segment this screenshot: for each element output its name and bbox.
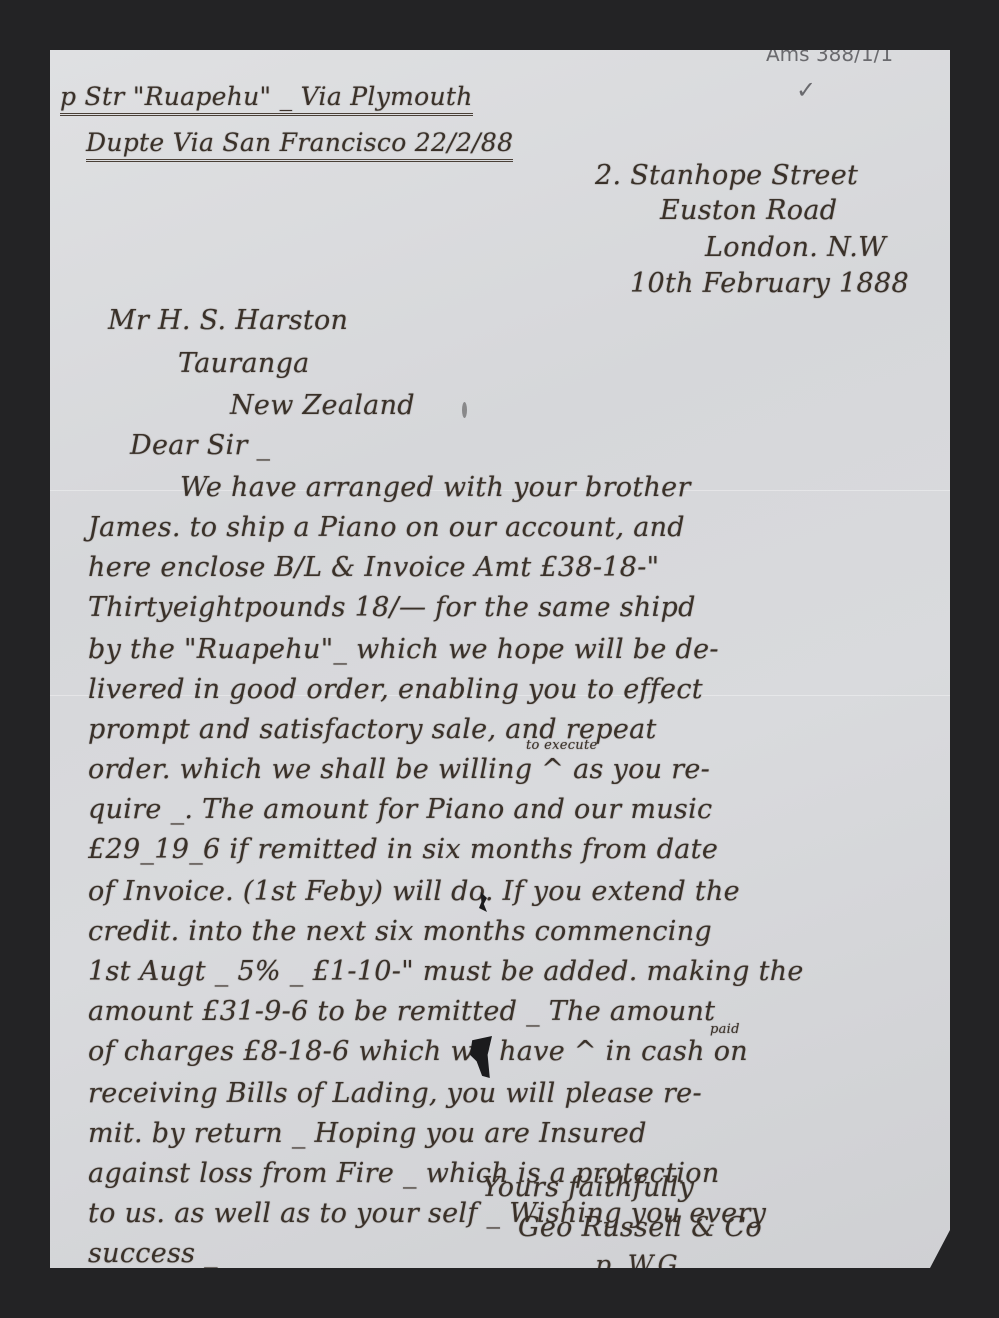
per-initials: p. W.G. — [595, 1250, 685, 1279]
body-line: of Invoice. (1st Feby) will do. If you e… — [88, 876, 740, 907]
body-line: livered in good order, enabling you to e… — [88, 674, 703, 705]
routing-line-2: Dupte Via San Francisco 22/2/88 — [86, 128, 513, 162]
body-line: amount £31-9-6 to be remitted _ The amou… — [88, 996, 715, 1027]
body-line: quire _. The amount for Piano and our mu… — [88, 794, 712, 825]
letter-date: 10th February 1888 — [630, 268, 909, 299]
body-line: mit. by return _ Hoping you are Insured — [88, 1118, 647, 1149]
body-line: success _ — [88, 1238, 218, 1269]
archive-reference: Ams 388/1/1 — [766, 42, 893, 66]
sender-road: Euston Road — [660, 195, 837, 226]
body-line: receiving Bills of Lading, you will plea… — [88, 1078, 702, 1109]
body-line: 1st Augt _ 5% _ £1-10-" must be added. m… — [88, 956, 804, 987]
routing-line-1: p Str "Ruapehu" _ Via Plymouth — [60, 82, 473, 116]
signature: Geo Russell & Co — [518, 1212, 762, 1243]
interlinear-to-execute: to execute — [526, 738, 597, 753]
interlinear-paid: paid — [710, 1022, 740, 1037]
body-line: £29_19_6 if remitted in six months from … — [88, 834, 718, 865]
body-line: James. to ship a Piano on our account, a… — [88, 512, 685, 543]
body-line: by the "Ruapehu"_ which we hope will be … — [88, 634, 719, 665]
sender-city: London. N.W — [705, 232, 886, 263]
salutation: Dear Sir _ — [130, 430, 270, 461]
check-mark-icon: ✓ — [796, 76, 816, 104]
recipient-name: Mr H. S. Harston — [108, 305, 348, 336]
body-line: of charges £8-18-6 which we have ^ in ca… — [88, 1036, 748, 1067]
letter-sheet: Ams 388/1/1 ✓ p Str "Ruapehu" _ Via Plym… — [50, 50, 950, 1268]
closing: Yours faithfully — [482, 1172, 694, 1203]
body-line: Thirtyeightpounds 18/— for the same ship… — [88, 592, 696, 623]
paper-tear — [462, 402, 467, 418]
sender-street: 2. Stanhope Street — [595, 160, 858, 191]
body-line: credit. into the next six months commenc… — [88, 916, 712, 947]
recipient-place: Tauranga — [178, 348, 310, 379]
body-line: order. which we shall be willing ^ as yo… — [88, 754, 710, 785]
body-line: here enclose B/L & Invoice Amt £38-18-" — [88, 552, 659, 583]
recipient-country: New Zealand — [230, 390, 415, 421]
body-line: We have arranged with your brother — [180, 472, 691, 503]
